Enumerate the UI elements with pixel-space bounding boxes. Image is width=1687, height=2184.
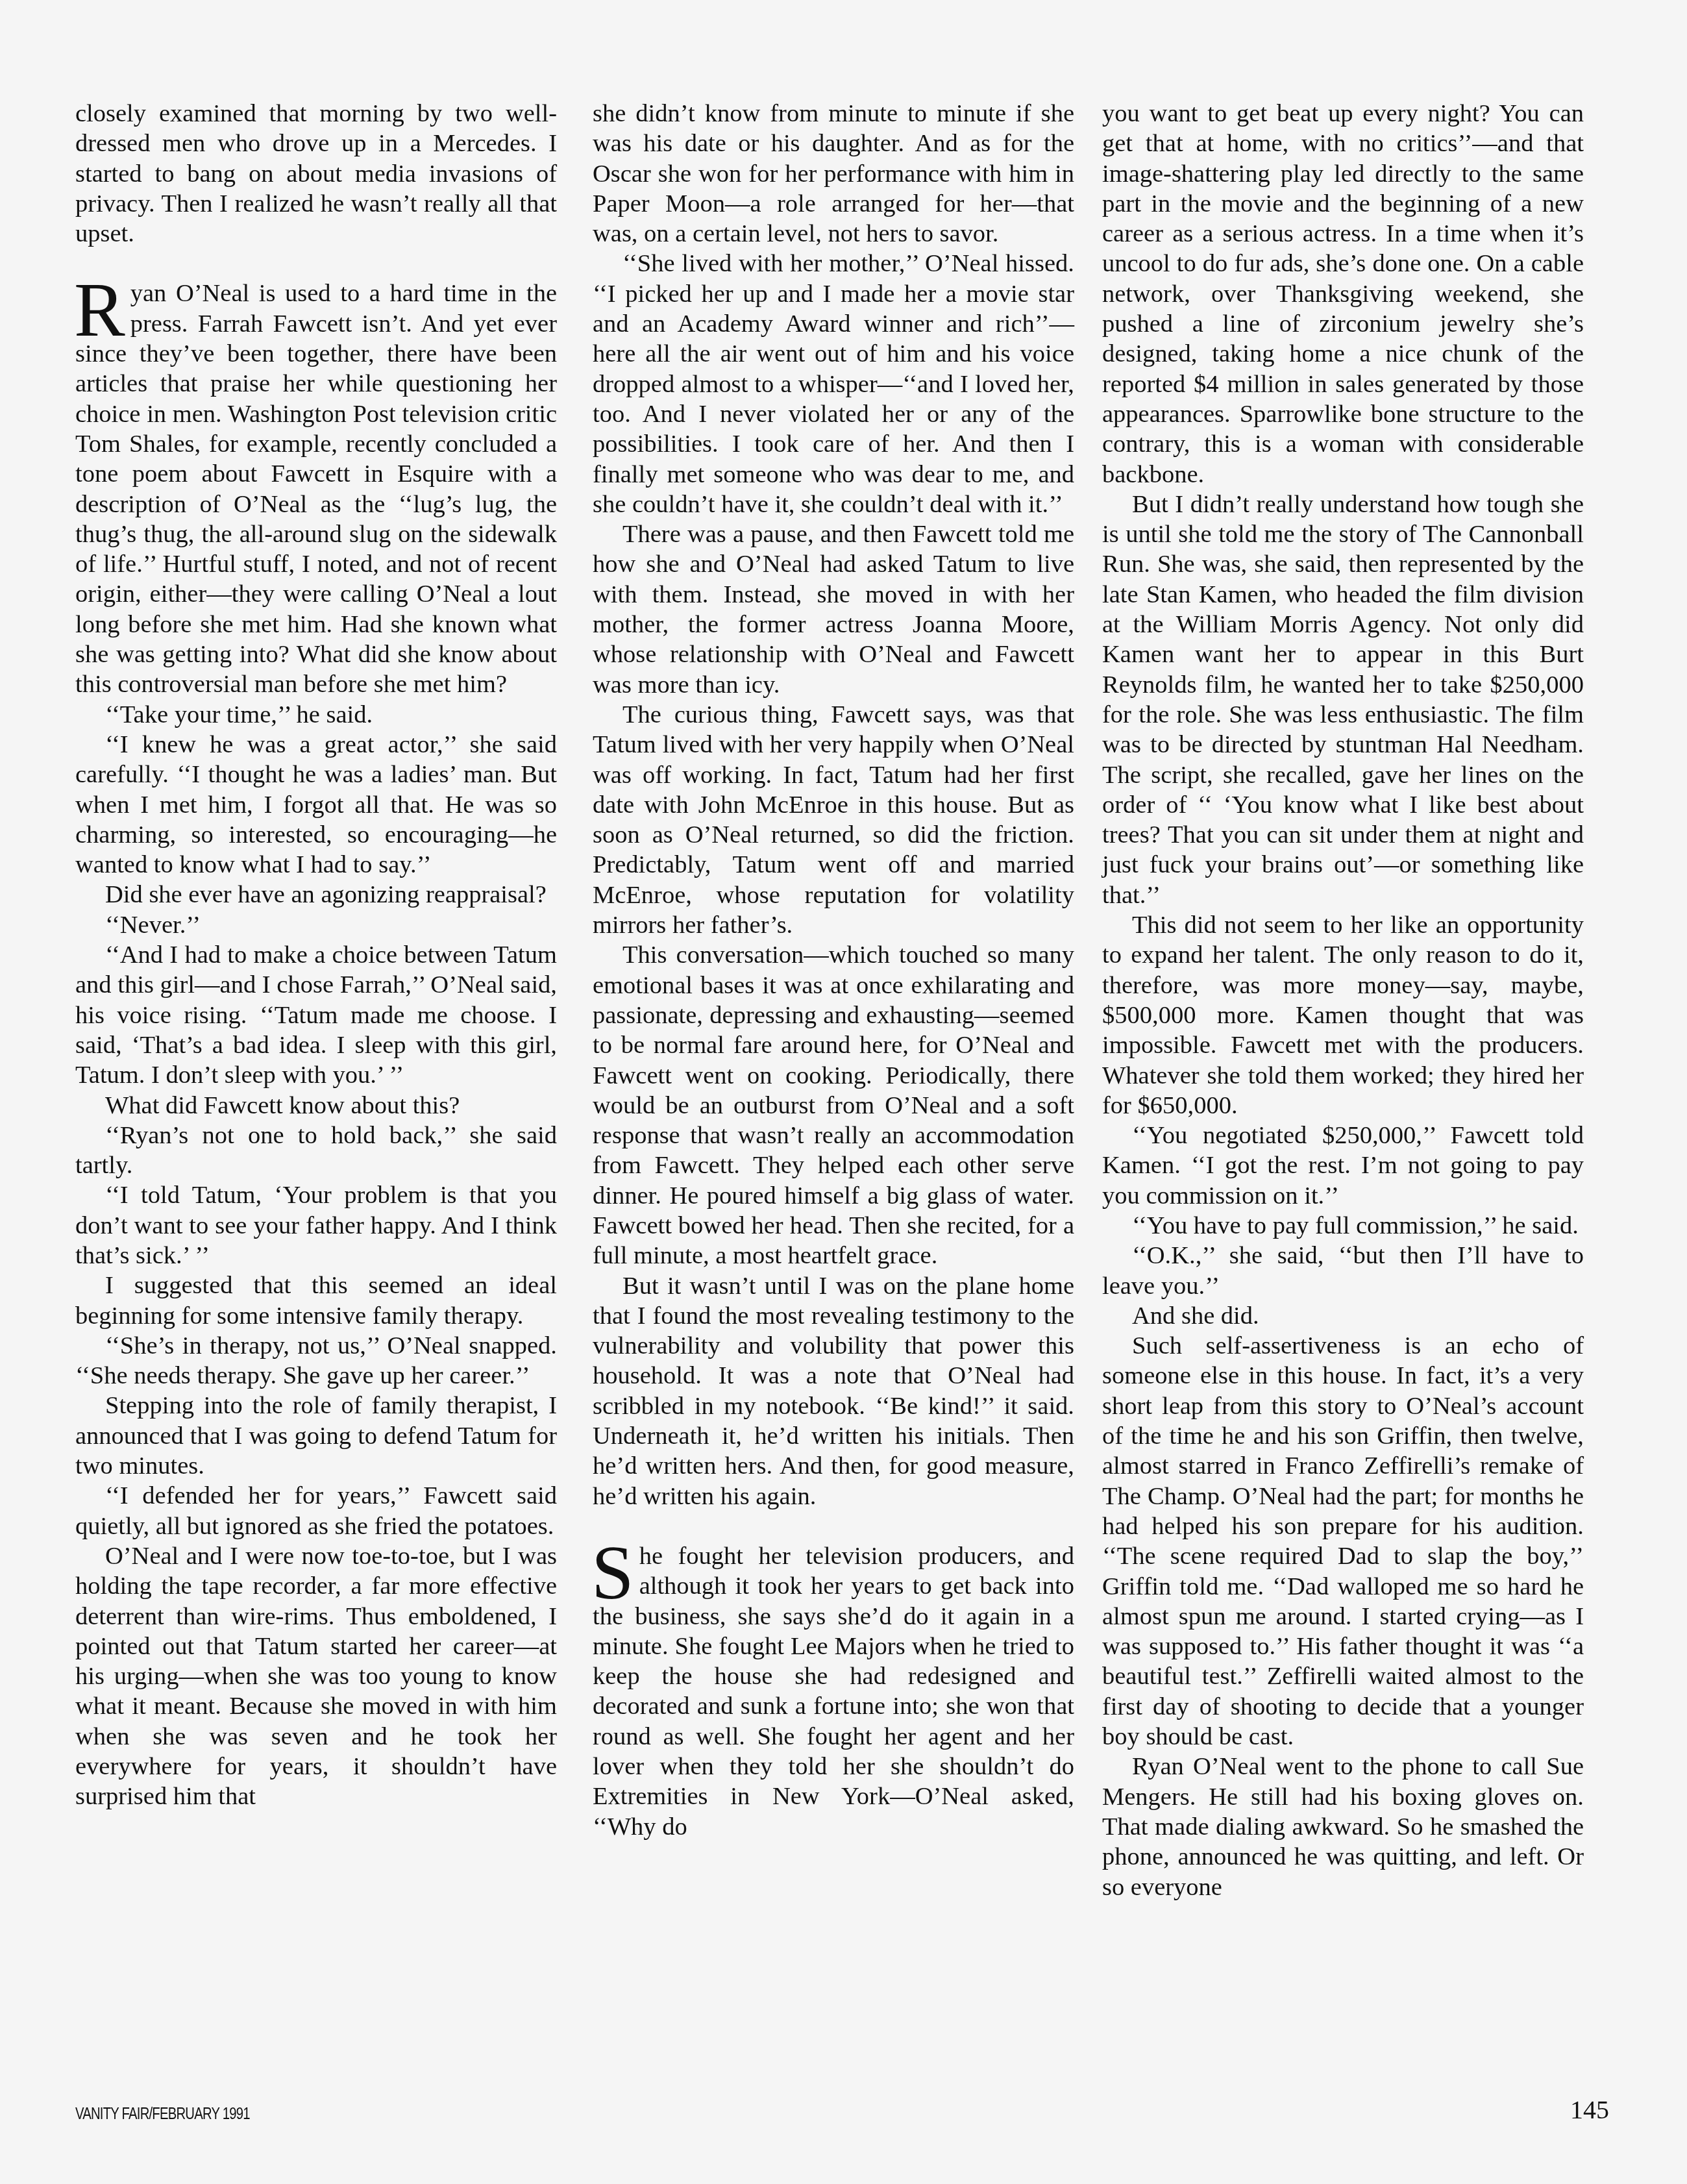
paragraph: What did Fawcett know about this? (75, 1091, 557, 1121)
page-number: 145 (1570, 2094, 1609, 2125)
drop-cap: S (591, 1545, 634, 1601)
publication-footer: VANITY FAIR/FEBRUARY 1991 (75, 2103, 250, 2124)
paragraph: Did she ever have an agonizing reapprais… (75, 880, 557, 910)
paragraph: ‘‘You negotiated $250,000,’’ Fawcett tol… (1102, 1121, 1584, 1211)
paragraph: There was a pause, and then Fawcett told… (593, 519, 1074, 700)
paragraph: ‘‘You have to pay full commission,’’ he … (1102, 1211, 1584, 1241)
paragraph: This conversation—which touched so many … (593, 940, 1074, 1271)
paragraph: ‘‘Take your time,’’ he said. (75, 700, 557, 730)
paragraph: And she did. (1102, 1301, 1584, 1331)
paragraph-text: he fought her television producers, and … (593, 1543, 1074, 1841)
paragraph: I suggested that this seemed an ideal be… (75, 1271, 557, 1331)
paragraph: ‘‘And I had to make a choice between Tat… (75, 940, 557, 1090)
paragraph: The curious thing, Fawcett says, was tha… (593, 700, 1074, 940)
paragraph: This did not seem to her like an opportu… (1102, 910, 1584, 1121)
paragraph: she didn’t know from minute to minute if… (593, 99, 1074, 249)
paragraph: closely examined that morning by two wel… (75, 99, 557, 249)
paragraph: But I didn’t really understand how tough… (1102, 490, 1584, 910)
section-start-paragraph: Ryan O’Neal is used to a hard time in th… (75, 279, 557, 699)
paragraph: ‘‘Never.’’ (75, 910, 557, 940)
paragraph: But it wasn’t until I was on the plane h… (593, 1271, 1074, 1511)
paragraph-text: yan O’Neal is used to a hard time in the… (75, 280, 557, 698)
paragraph: Stepping into the role of family therapi… (75, 1391, 557, 1481)
drop-cap: R (74, 282, 125, 338)
section-start-paragraph: She fought her television producers, and… (593, 1541, 1074, 1842)
paragraph: Ryan O’Neal went to the phone to call Su… (1102, 1752, 1584, 1902)
paragraph: O’Neal and I were now toe-to-toe, but I … (75, 1541, 557, 1812)
paragraph: ‘‘She lived with her mother,’’ O’Neal hi… (593, 249, 1074, 519)
paragraph: ‘‘I told Tatum, ‘Your problem is that yo… (75, 1180, 557, 1271)
paragraph: ‘‘O.K.,’’ she said, ‘‘but then I’ll have… (1102, 1241, 1584, 1301)
paragraph: ‘‘Ryan’s not one to hold back,’’ she sai… (75, 1121, 557, 1181)
article-column-3: you want to get beat up every night? You… (1102, 99, 1584, 1902)
paragraph: ‘‘I defended her for years,’’ Fawcett sa… (75, 1481, 557, 1541)
article-column-2: she didn’t know from minute to minute if… (593, 99, 1074, 1842)
article-column-1: closely examined that morning by two wel… (75, 99, 557, 1812)
paragraph: Such self-assertiveness is an echo of so… (1102, 1331, 1584, 1752)
paragraph: you want to get beat up every night? You… (1102, 99, 1584, 490)
paragraph: ‘‘She’s in therapy, not us,’’ O’Neal sna… (75, 1331, 557, 1391)
paragraph: ‘‘I knew he was a great actor,’’ she sai… (75, 730, 557, 880)
